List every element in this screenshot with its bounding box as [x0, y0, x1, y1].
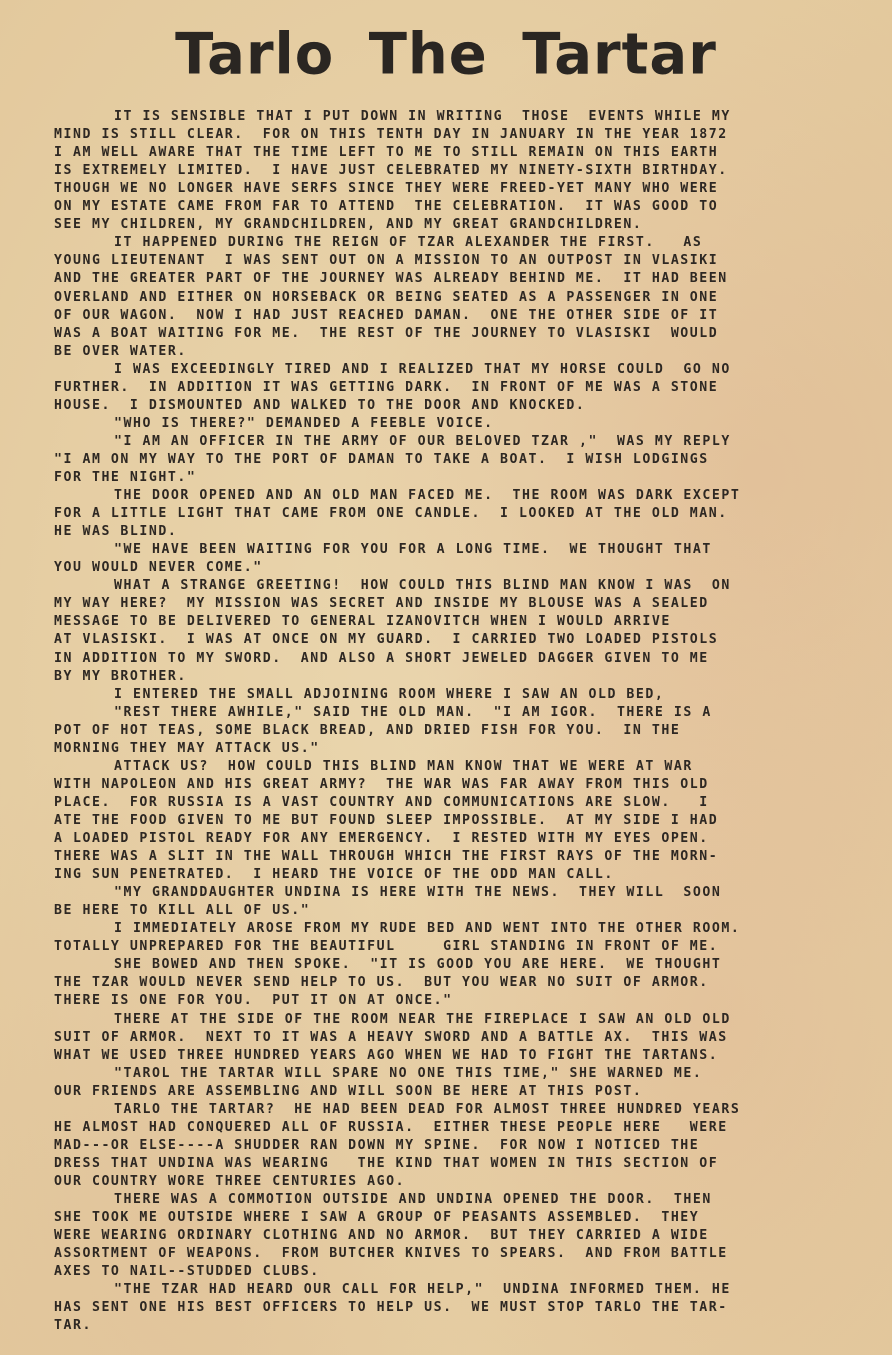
text-line: a loaded pistol ready for any emergency.…	[54, 830, 709, 848]
text-line: Our friends are assembling and will soon…	[54, 1083, 642, 1101]
text-line: I immediately arose from my rude bed and…	[114, 920, 740, 938]
text-line: She bowed and then spoke. "It is good yo…	[114, 956, 721, 974]
text-line: further. In addition it was getting dark…	[54, 379, 718, 397]
text-line: I entered the small adjoining room where…	[114, 686, 664, 704]
text-line: my way here? My mission was secret and i…	[54, 595, 709, 613]
text-line: "Rest there awhile," said the old man. "…	[114, 704, 712, 722]
text-line: "I am on my way to the port of Daman to …	[54, 451, 709, 469]
document-page: Tarlo The Tartar It is sensible that I p…	[0, 0, 892, 1355]
text-line: be here to kill all of us."	[54, 902, 310, 920]
story-body: It is sensible that I put down in writin…	[0, 0, 892, 1355]
text-line: with Napoleon and his great army? The wa…	[54, 776, 709, 794]
text-line: overland and either on horseback or bein…	[54, 289, 718, 307]
text-line: There at the side of the room near the f…	[114, 1011, 731, 1029]
text-line: she took me outside where I saw a group …	[54, 1209, 699, 1227]
text-line: for the night."	[54, 469, 196, 487]
text-line: ate the food given to me but found sleep…	[54, 812, 718, 830]
text-line: assortment of weapons. From butcher kniv…	[54, 1245, 728, 1263]
text-line: mind is still clear. For on this tenth d…	[54, 126, 728, 144]
text-line: "Tarol the Tartar will spare no one this…	[114, 1065, 702, 1083]
text-line: What a strange greeting! How could this …	[114, 577, 731, 595]
text-line: "We have been waiting for you for a long…	[114, 541, 712, 559]
text-line: morning they may attack us."	[54, 740, 320, 758]
text-line: "My granddaughter Undina is here with th…	[114, 884, 721, 902]
text-line: and the greater part of the journey was …	[54, 270, 728, 288]
text-line: of our wagon. Now I had just reached Dam…	[54, 307, 718, 325]
text-line: on my estate came from far to attend the…	[54, 198, 718, 216]
text-line: suit of armor. Next to it was a heavy sw…	[54, 1029, 728, 1047]
text-line: Totally unprepared for the beautiful gir…	[54, 938, 718, 956]
text-line: I was exceedingly tired and I realized t…	[114, 361, 731, 379]
text-line: dress that Undina was wearing the Kind t…	[54, 1155, 718, 1173]
text-line: for a little light that came from one ca…	[54, 505, 728, 523]
text-line: axes to nail--studded clubs.	[54, 1263, 320, 1281]
text-line: "The Tzar had heard our call for help," …	[114, 1281, 731, 1299]
text-line: He was blind.	[54, 523, 177, 541]
text-line: Attack us? How could this blind man know…	[114, 758, 693, 776]
text-line: message to be delivered to General Izano…	[54, 613, 671, 631]
text-line: were wearing ordinary clothing and no ar…	[54, 1227, 709, 1245]
text-line: I am well aware that the time left to me…	[54, 144, 718, 162]
text-line: young lieutenant I was sent out on a mis…	[54, 252, 718, 270]
text-line: be over water.	[54, 343, 187, 361]
text-line: There is one for you. Put it on at once.…	[54, 992, 453, 1010]
text-line: see my children, my grandchildren, and m…	[54, 216, 642, 234]
text-line: He almost had conquered all of Russia. E…	[54, 1119, 728, 1137]
text-line: It happened during the reign of Tzar Ale…	[114, 234, 702, 252]
text-line: is extremely limited. I have just celebr…	[54, 162, 728, 180]
text-line: Tarlo the Tartar? He had been dead for a…	[114, 1101, 740, 1119]
text-line: has sent one his best officers to help u…	[54, 1299, 728, 1317]
text-line: mad---or else----a shudder ran down my s…	[54, 1137, 699, 1155]
text-line: There was a slit in the wall through whi…	[54, 848, 718, 866]
text-line: what we used three hundred years ago whe…	[54, 1047, 718, 1065]
text-line: our country wore three centuries ago.	[54, 1173, 405, 1191]
text-line: the Tzar would never send help to us. Bu…	[54, 974, 709, 992]
text-line: house. I dismounted and walked to the do…	[54, 397, 585, 415]
text-line: It is sensible that I put down in writin…	[114, 108, 731, 126]
text-line: you would never come."	[54, 559, 263, 577]
text-line: by my brother.	[54, 668, 187, 686]
text-line: "I am an officer in the army of our belo…	[114, 433, 731, 451]
text-line: The door opened and an old man faced me.…	[114, 487, 740, 505]
text-line: Though we no longer have serfs since the…	[54, 180, 718, 198]
text-line: was a boat waiting for me. The rest of t…	[54, 325, 718, 343]
text-line: "Who is there?" demanded a feeble voice.	[114, 415, 494, 433]
text-line: place. For Russia is a vast country and …	[54, 794, 709, 812]
text-line: tar.	[54, 1317, 92, 1335]
text-line: at Vlasiski. I was at once on my guard. …	[54, 631, 718, 649]
text-line: There was a commotion outside and Undina…	[114, 1191, 712, 1209]
text-line: ing sun penetrated. I heard the voice of…	[54, 866, 614, 884]
text-line: in addition to my sword. And also a shor…	[54, 650, 709, 668]
text-line: pot of hot teas, some black bread, and d…	[54, 722, 680, 740]
